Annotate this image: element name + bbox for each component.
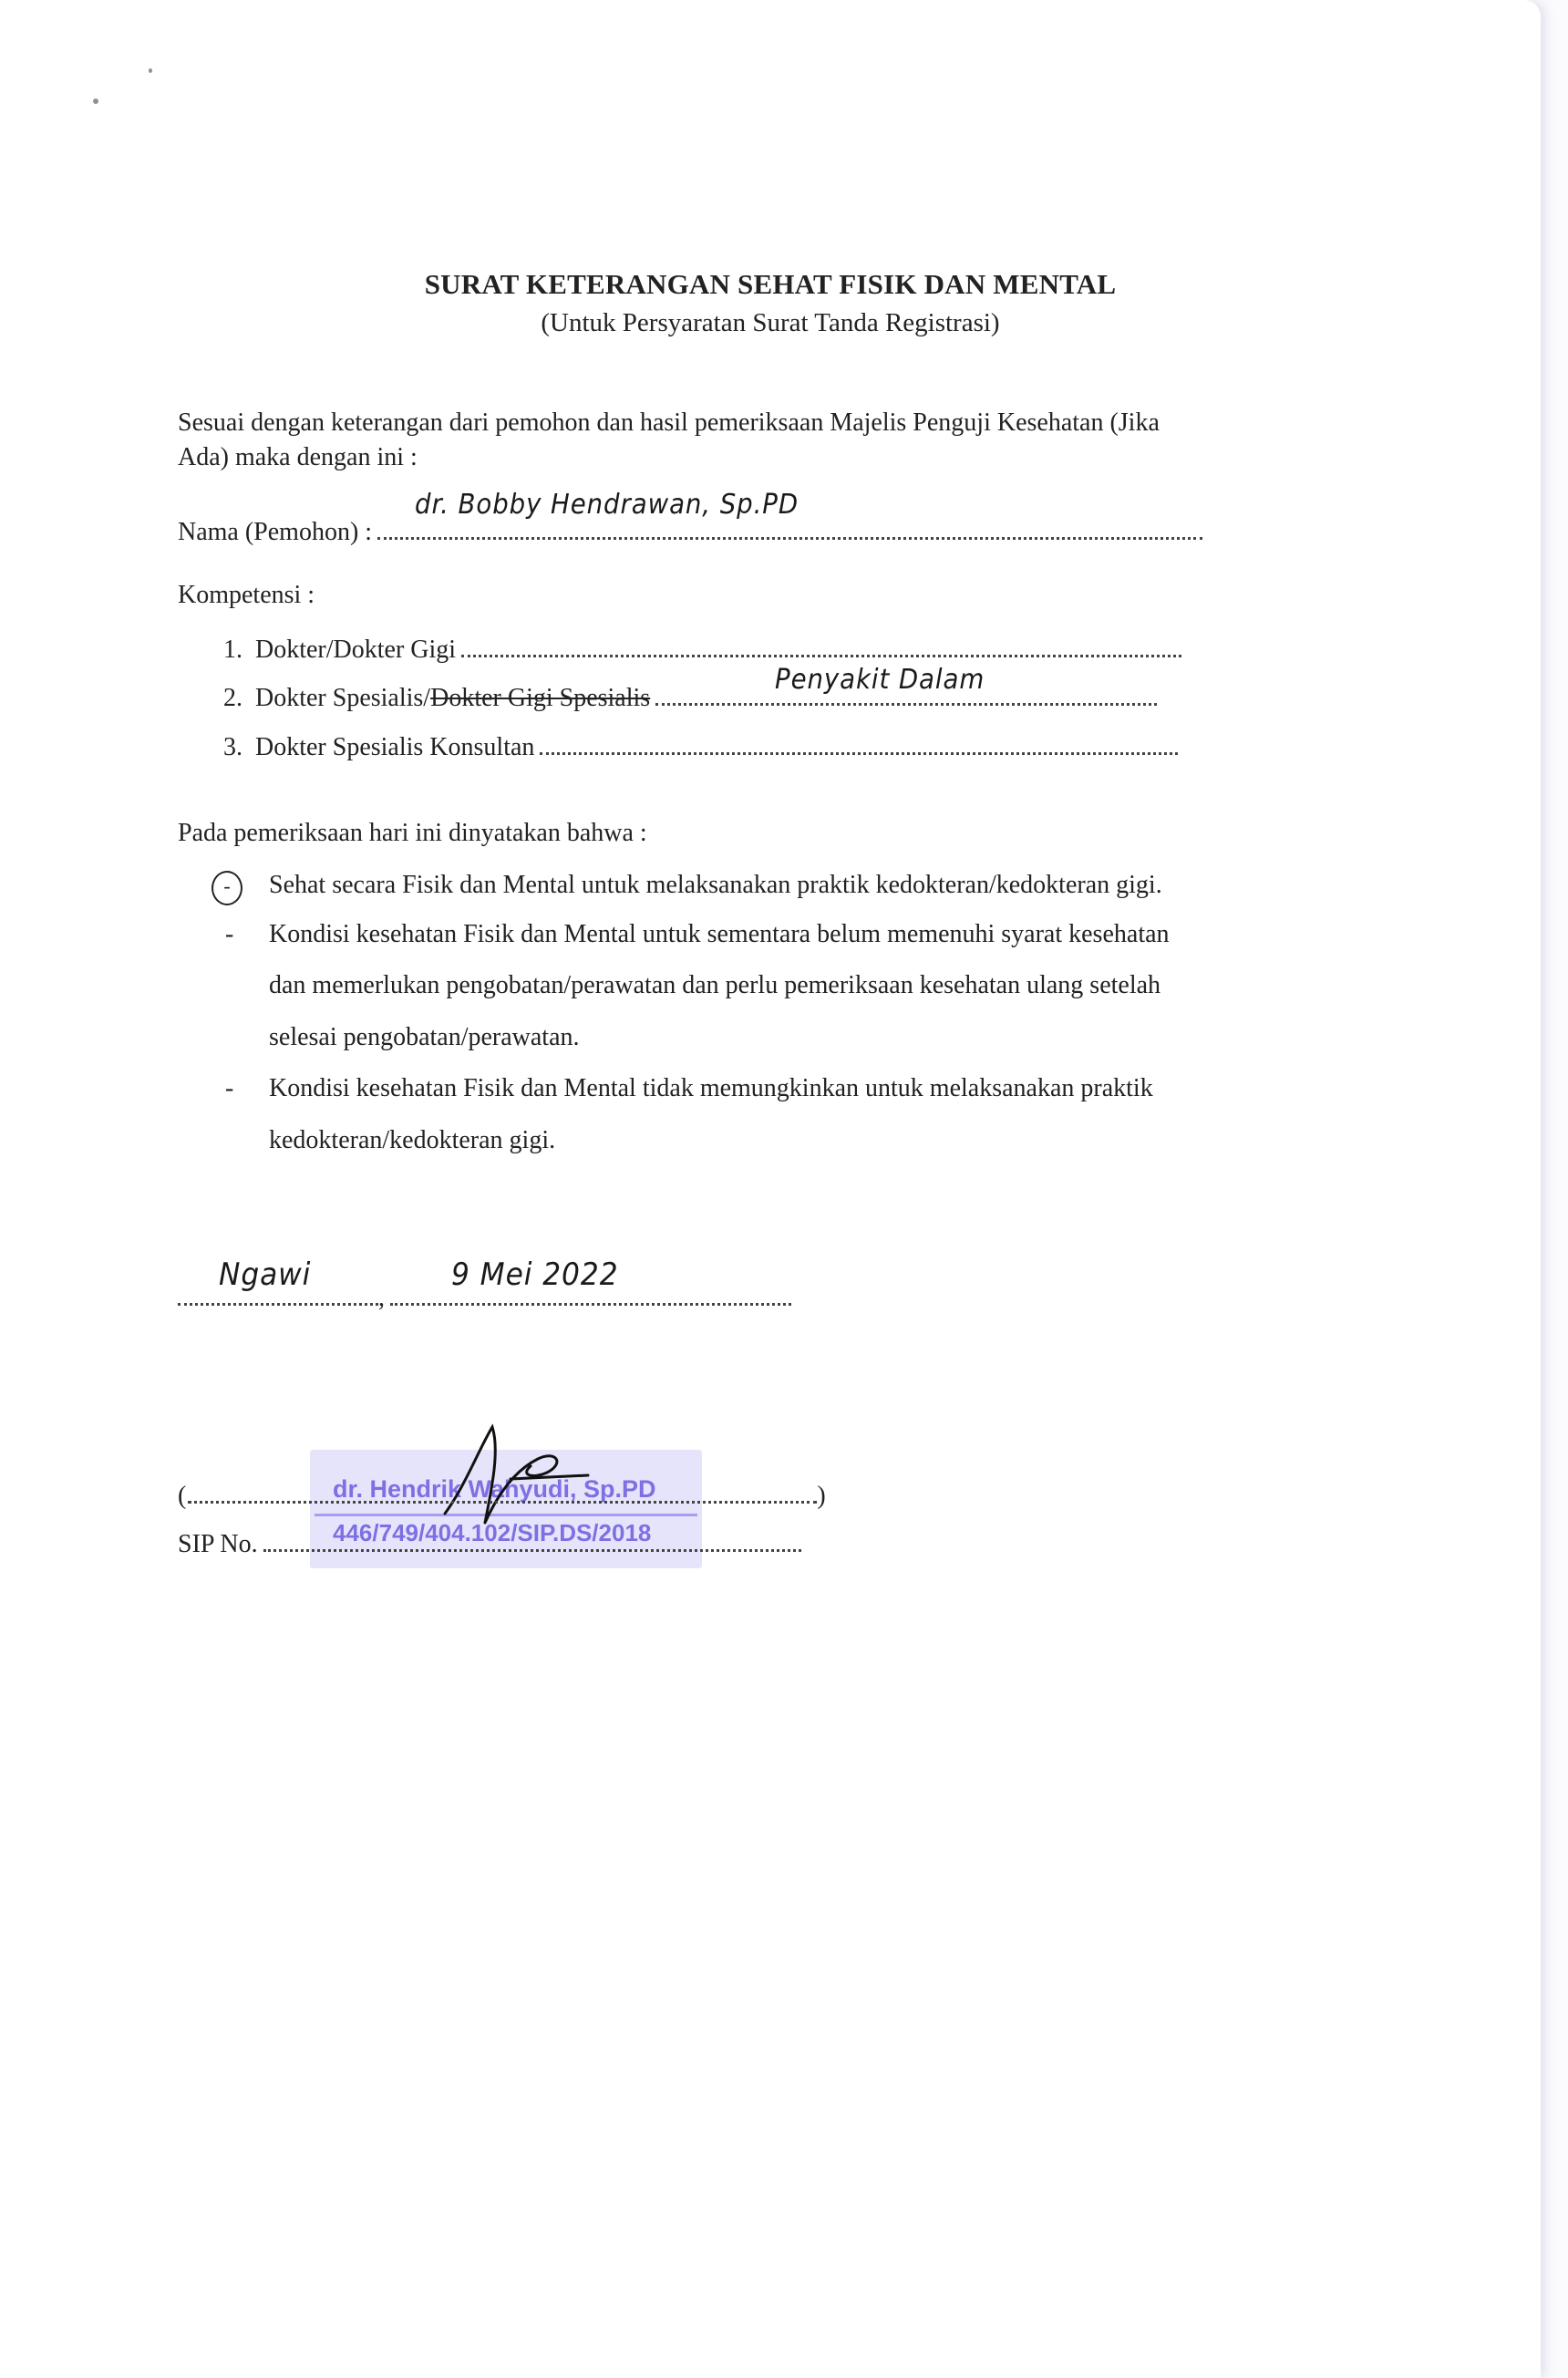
finding-option-3-line-1: Kondisi kesehatan Fisik dan Mental tidak… xyxy=(269,1074,1153,1103)
document-title: SURAT KETERANGAN SEHAT FISIK DAN MENTAL xyxy=(0,268,1541,301)
signature-row: () xyxy=(178,1482,826,1511)
item-text: Dokter Spesialis/ xyxy=(255,684,430,712)
place-field-dots[interactable] xyxy=(178,1303,378,1306)
close-paren: ) xyxy=(817,1482,825,1510)
item-number: 3. xyxy=(223,733,242,761)
finding-option-1: Sehat secara Fisik dan Mental untuk mela… xyxy=(269,871,1162,900)
item-field-dots[interactable] xyxy=(461,655,1181,657)
document-subtitle: (Untuk Persyaratan Surat Tanda Registras… xyxy=(0,308,1541,338)
item-number: 2. xyxy=(223,684,242,712)
item-struck-text: Dokter Gigi Spesialis xyxy=(430,684,650,712)
specialty-handwritten: Penyakit Dalam xyxy=(775,664,985,696)
item-text: Dokter Spesialis Konsultan xyxy=(255,733,534,761)
place-date-separator: , xyxy=(378,1284,385,1312)
scan-speck xyxy=(149,68,152,73)
document-page: SURAT KETERANGAN SEHAT FISIK DAN MENTAL … xyxy=(0,0,1541,2378)
place-date-row: , xyxy=(178,1284,791,1313)
competence-item-3: 3. Dokter Spesialis Konsultan xyxy=(223,733,1178,762)
item-number: 1. xyxy=(223,636,242,664)
sip-row: SIP No. xyxy=(178,1530,801,1559)
applicant-label: Nama (Pemohon) : xyxy=(178,518,372,546)
option-marker[interactable]: - xyxy=(225,920,233,949)
item-field-dots[interactable] xyxy=(540,752,1178,755)
applicant-field-dots[interactable] xyxy=(377,537,1202,540)
competence-item-2: 2. Dokter Spesialis/Dokter Gigi Spesiali… xyxy=(223,684,1157,713)
finding-option-2-line-3: selesai pengobatan/perawatan. xyxy=(269,1023,580,1052)
finding-option-2-line-2: dan memerlukan pengobatan/perawatan dan … xyxy=(269,971,1161,1000)
sip-field-dots[interactable] xyxy=(263,1549,801,1552)
applicant-row: Nama (Pemohon) : xyxy=(178,518,1202,547)
sip-label: SIP No. xyxy=(178,1530,258,1558)
item-text: Dokter/Dokter Gigi xyxy=(255,636,456,664)
intro-line-1: Sesuai dengan keterangan dari pemohon da… xyxy=(178,408,1160,438)
findings-label: Pada pemeriksaan hari ini dinyatakan bah… xyxy=(178,819,647,848)
intro-line-2: Ada) maka dengan ini : xyxy=(178,443,418,472)
circled-option-marker[interactable]: - xyxy=(211,871,242,905)
competence-item-1: 1. Dokter/Dokter Gigi xyxy=(223,636,1181,665)
applicant-handwritten-name: dr. Bobby Hendrawan, Sp.PD xyxy=(415,489,799,521)
signature-name-dots[interactable] xyxy=(188,1501,817,1504)
competence-label: Kompetensi : xyxy=(178,581,315,610)
item-field-dots[interactable] xyxy=(655,703,1157,706)
finding-option-2-line-1: Kondisi kesehatan Fisik dan Mental untuk… xyxy=(269,920,1170,949)
scan-speck xyxy=(93,98,98,104)
finding-option-3-line-2: kedokteran/kedokteran gigi. xyxy=(269,1126,555,1155)
open-paren: ( xyxy=(178,1482,186,1510)
date-field-dots[interactable] xyxy=(390,1303,791,1306)
option-marker[interactable]: - xyxy=(225,1074,233,1103)
